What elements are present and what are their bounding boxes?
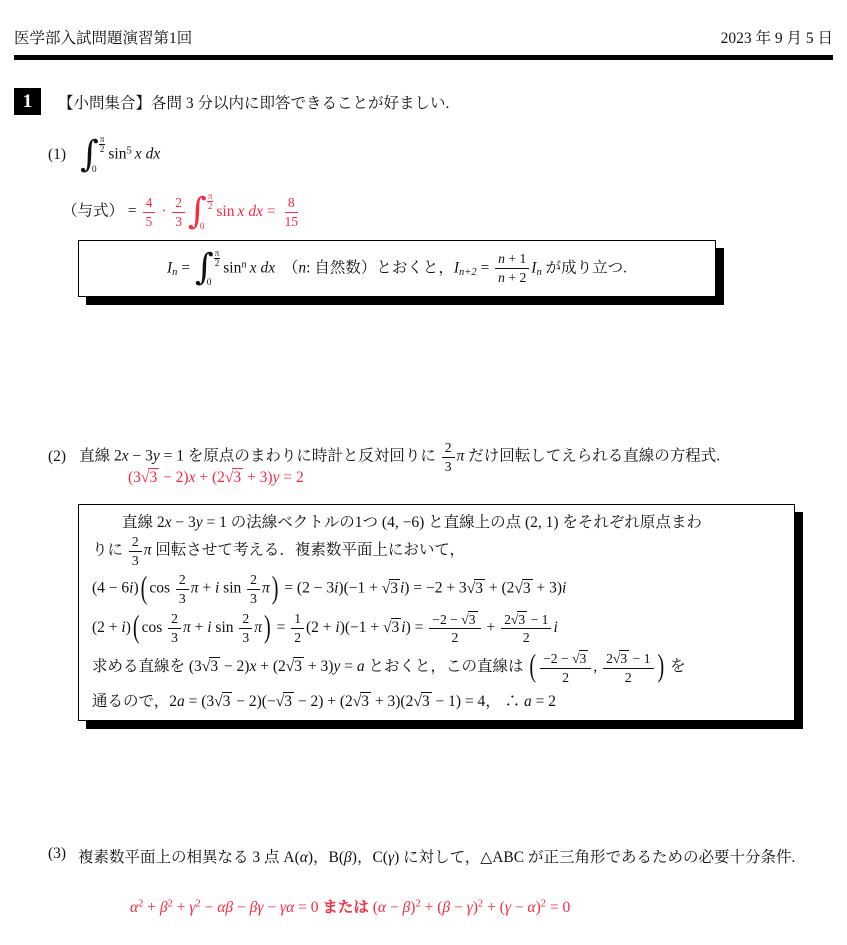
solution-line: りに 23π 回転させて考える．複素数平面上において， bbox=[92, 532, 781, 570]
document-header: 医学部入試問題演習第1回 2023 年 9 月 5 日 bbox=[14, 26, 833, 48]
solution-line: 求める直線を (3√3 − 2)x + (2√3 + 3)y = a とおくと，… bbox=[92, 648, 781, 687]
header-rule bbox=[14, 55, 833, 60]
problem-1-answer-formula: （与式） = 45 · 23∫π20sinxdx = 815 bbox=[62, 191, 303, 233]
problem-1-row: (1) ∫π20sin5xdx bbox=[48, 130, 160, 180]
problem-1-answer-row: （与式） = 45 · 23∫π20sinxdx = 815 bbox=[62, 187, 303, 237]
section-number-badge: 1 bbox=[14, 88, 41, 115]
problem-2-answer-formula: (3√3 − 2)x + (2√3 + 3)y = 2 bbox=[128, 468, 304, 487]
solution-line: (2 + i)(cos 23π + i sin 23π) = 12(2 + i)… bbox=[92, 609, 781, 648]
problem-2-solution-box: 直線 2x − 3y = 1 の法線ベクトルの1つ (4, −6) と直線上の点… bbox=[78, 504, 795, 721]
problem-3-answer-formula: α2 + β2 + γ2 − αβ − βγ − γα = 0 または (α −… bbox=[130, 895, 570, 917]
problem-1-note-box: In = ∫π20sinnxdx （n: 自然数）とおくと，In+2 = n +… bbox=[78, 240, 716, 297]
problem-3-statement-formula: 複素数平面上の相異なる 3 点 A(α)，B(β)，C(γ) に対して，△ABC… bbox=[78, 845, 838, 870]
header-date: 2023 年 9 月 5 日 bbox=[721, 26, 833, 48]
problem-1-note-formula: In = ∫π20sinnxdx （n: 自然数）とおくと，In+2 = n +… bbox=[167, 248, 627, 290]
header-title: 医学部入試問題演習第1回 bbox=[14, 26, 192, 48]
solution-line: 通るので，2a = (3√3 − 2)(−√3 − 2) + (2√3 + 3)… bbox=[92, 687, 781, 713]
section-title: 【小問集合】各問 3 分以内に即答できることが好ましい. bbox=[58, 91, 449, 113]
solution-line: 直線 2x − 3y = 1 の法線ベクトルの1つ (4, −6) と直線上の点… bbox=[92, 510, 781, 532]
problem-1-statement-formula: ∫π20sin5xdx bbox=[79, 134, 160, 176]
section-heading: 1 【小問集合】各問 3 分以内に即答できることが好ましい. bbox=[14, 88, 449, 115]
problem-2-label: (2) bbox=[48, 448, 66, 466]
worksheet-page: 医学部入試問題演習第1回 2023 年 9 月 5 日 1 【小問集合】各問 3… bbox=[0, 0, 847, 945]
problem-3-label: (3) bbox=[48, 845, 66, 863]
problem-1-label: (1) bbox=[48, 146, 66, 164]
solution-line: (4 − 6i)(cos 23π + i sin 23π) = (2 − 3i)… bbox=[92, 570, 781, 608]
